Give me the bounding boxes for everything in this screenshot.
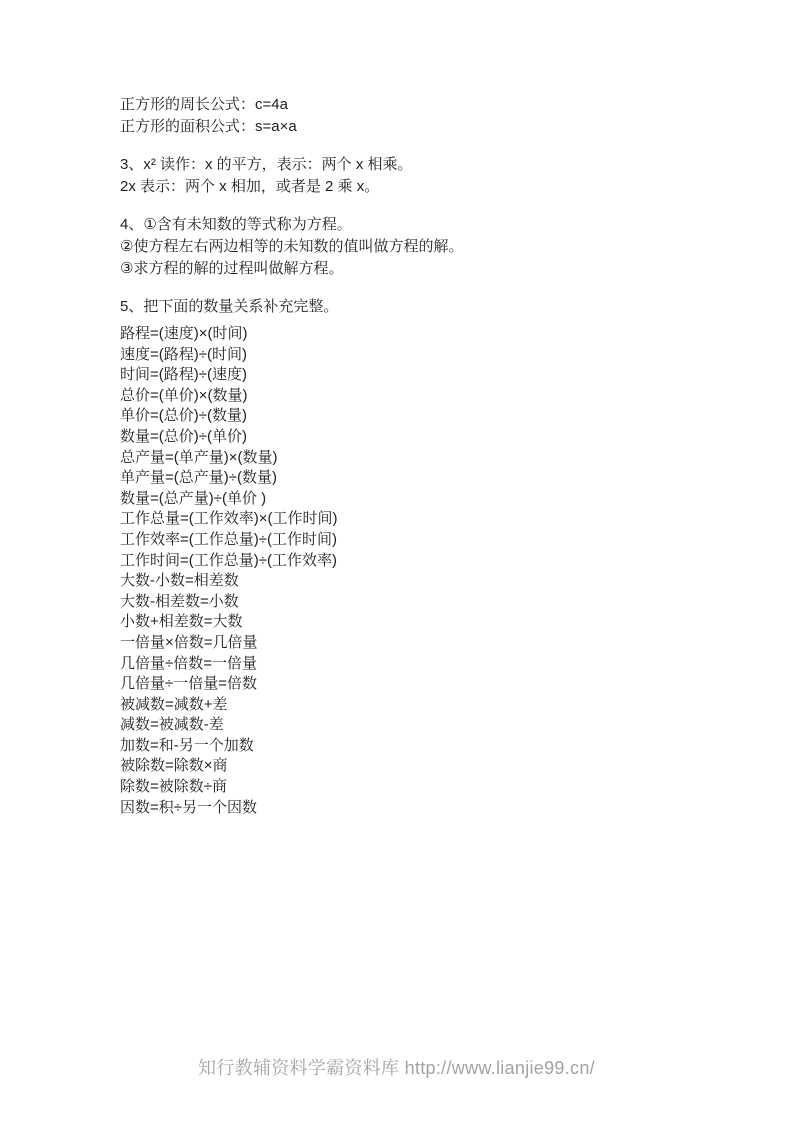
formula-line: 大数-相差数=小数 xyxy=(120,592,753,613)
text-line: 4、①含有未知数的等式称为方程。 xyxy=(120,214,753,236)
formula-line: 减数=被减数-差 xyxy=(120,715,753,736)
footer-watermark: 知行教辅资料学霸资料库 http://www.lianjie99.cn/ xyxy=(0,1054,793,1080)
section-square-formulas: 正方形的周长公式：c=4a 正方形的面积公式：s=a×a xyxy=(120,94,753,138)
formula-line: 工作效率=(工作总量)÷(工作时间) xyxy=(120,530,753,551)
formula-line: 被减数=减数+差 xyxy=(120,695,753,716)
formula-line: 总价=(单价)×(数量) xyxy=(120,386,753,407)
formula-line: 几倍量÷一倍量=倍数 xyxy=(120,674,753,695)
text-line: 3、x² 读作：x 的平方，表示：两个 x 相乘。 xyxy=(120,154,753,176)
document-content: 正方形的周长公式：c=4a 正方形的面积公式：s=a×a 3、x² 读作：x 的… xyxy=(120,94,753,818)
formula-line: 路程=(速度)×(时间) xyxy=(120,324,753,345)
formula-line: 除数=被除数÷商 xyxy=(120,777,753,798)
formula-line: 被除数=除数×商 xyxy=(120,756,753,777)
formula-line: 总产量=(单产量)×(数量) xyxy=(120,448,753,469)
document-page: 正方形的周长公式：c=4a 正方形的面积公式：s=a×a 3、x² 读作：x 的… xyxy=(0,0,793,1122)
formula-line: 工作时间=(工作总量)÷(工作效率) xyxy=(120,551,753,572)
formula-line: 速度=(路程)÷(时间) xyxy=(120,345,753,366)
text-line: ③求方程的解的过程叫做解方程。 xyxy=(120,258,753,280)
formula-line: 数量=(总价)÷(单价) xyxy=(120,427,753,448)
text-line: ②使方程左右两边相等的未知数的值叫做方程的解。 xyxy=(120,236,753,258)
section-item4-equation-defs: 4、①含有未知数的等式称为方程。 ②使方程左右两边相等的未知数的值叫做方程的解。… xyxy=(120,214,753,280)
formula-line: 数量=(总产量)÷(单价 ) xyxy=(120,489,753,510)
formula-line: 单产量=(总产量)÷(数量) xyxy=(120,468,753,489)
formula-line: 一倍量×倍数=几倍量 xyxy=(120,633,753,654)
formula-line: 加数=和-另一个加数 xyxy=(120,736,753,757)
formula-line: 大数-小数=相差数 xyxy=(120,571,753,592)
formula-line: 工作总量=(工作效率)×(工作时间) xyxy=(120,509,753,530)
quantity-relation-list: 路程=(速度)×(时间) 速度=(路程)÷(时间) 时间=(路程)÷(速度) 总… xyxy=(120,324,753,818)
section-item3-square-notation: 3、x² 读作：x 的平方，表示：两个 x 相乘。 2x 表示：两个 x 相加，… xyxy=(120,154,753,198)
formula-line: 小数+相差数=大数 xyxy=(120,612,753,633)
text-line: 2x 表示：两个 x 相加，或者是 2 乘 x。 xyxy=(120,176,753,198)
text-line: 正方形的周长公式：c=4a xyxy=(120,94,753,116)
formula-line: 单价=(总价)÷(数量) xyxy=(120,406,753,427)
section-item5-heading: 5、把下面的数量关系补充完整。 xyxy=(120,296,753,318)
formula-line: 因数=积÷另一个因数 xyxy=(120,798,753,819)
text-line: 正方形的面积公式：s=a×a xyxy=(120,116,753,138)
formula-line: 时间=(路程)÷(速度) xyxy=(120,365,753,386)
formula-line: 几倍量÷倍数=一倍量 xyxy=(120,654,753,675)
